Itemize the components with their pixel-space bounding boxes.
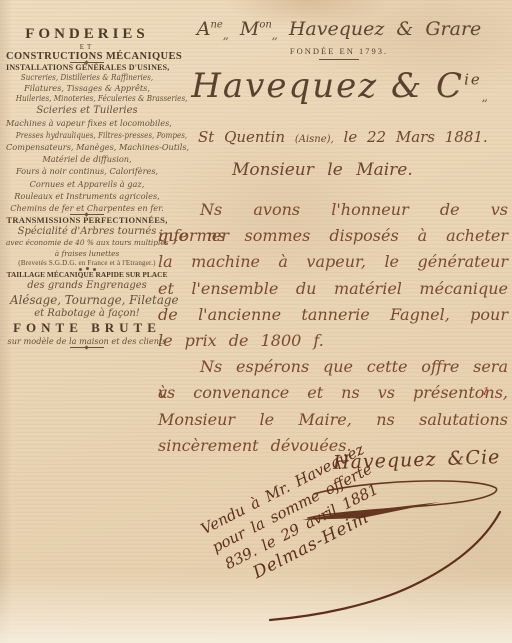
body-line: le prix de 1800 f. <box>158 328 508 354</box>
equipment-line: Matériel de diffusion, <box>6 153 168 165</box>
equipment-line: Cornues et Appareils à gaz, <box>6 178 168 190</box>
fraises-line: à fraises lunettes <box>6 249 168 260</box>
dateline-place: St Quentin <box>198 128 285 146</box>
letterhead-left-column: FONDERIES ET CONSTRUCTIONS MÉCANIQUES IN… <box>6 26 168 348</box>
ancienne-m: M <box>240 18 259 40</box>
fonte-brute-title: FONTE BRUTE <box>6 320 168 336</box>
ancienne-a: A <box>197 18 211 40</box>
ancienne-maison-line: Ane,, Mon,, Havequez & Grare <box>172 18 506 42</box>
divider-rule-icon <box>319 59 359 60</box>
industry-line: Huileries, Minoteries, Féculeries & Bras… <box>16 93 159 104</box>
ancienne-m-sup: on <box>259 20 271 31</box>
taillage-title: TAILLAGE MÉCANIQUE RAPIDE SUR PLACE <box>6 270 168 279</box>
fonderies-title: FONDERIES <box>6 26 168 43</box>
industry-line: Filatures, Tissages & Apprêts, <box>6 83 168 94</box>
company-sup: ie <box>464 71 482 89</box>
salutation: Monsieur le Maire. <box>232 160 413 180</box>
founded-line: FONDÉE EN 1793. <box>172 46 506 56</box>
transmissions-title: TRANSMISSIONS PERFECTIONNÉES, <box>6 215 168 225</box>
body-line: Monsieur le Maire, ns salutations <box>158 407 508 433</box>
letterhead-header: Ane,, Mon,, Havequez & Grare FONDÉE EN 1… <box>172 18 506 106</box>
et-label: ET <box>6 43 168 51</box>
rabotage-line: et Rabotage à façon! <box>6 307 168 320</box>
dateline: St Quentin (Aisne), le 22 Mars 1881. <box>198 128 498 146</box>
abbrev-marks: ,, <box>272 29 277 42</box>
divider-rule-icon <box>70 62 104 63</box>
brevetes-line: (Brevetés S.G.D.G. en France et à l'Etra… <box>6 259 168 267</box>
equipment-line: Rouleaux et Instruments agricoles, <box>6 190 168 202</box>
engrenages-line: des grands Engrenages <box>6 279 168 292</box>
installations-title: INSTALLATIONS GÉNÉRALES D'USINES, <box>6 63 168 72</box>
alesage-line: Alésage, Tournage, Filetage <box>10 292 164 307</box>
equipment-line: Presses hydrauliques, Filtres-presses, P… <box>16 129 159 141</box>
industry-line: Scieries et Tuileries <box>6 104 168 117</box>
ancienne-name: Havequez & Grare <box>289 18 481 40</box>
company-name: Havequez & Cie,, <box>172 66 506 106</box>
equipment-line: Machines à vapeur fixes et locomobiles, <box>6 117 168 129</box>
dateline-date: le 22 Mars 1881. <box>344 128 488 146</box>
equipment-line: Fours à noir continus, Calorifères, <box>6 165 168 177</box>
letter-page: FONDERIES ET CONSTRUCTIONS MÉCANIQUES IN… <box>0 0 512 643</box>
ancienne-a-sup: ne <box>210 20 222 31</box>
letter-body: Ns avons l'honneur de vs informer que ns… <box>158 197 508 459</box>
equipment-line: Compensateurs, Manèges, Machines-Outils, <box>6 141 168 153</box>
body-line: Ns espérons que cette offre sera à <box>158 354 508 380</box>
divider-rule-icon <box>70 347 104 348</box>
specialite-line: Spécialité d'Arbres tournés <box>6 225 168 238</box>
body-line: que ns sommes disposés à acheter <box>158 223 508 249</box>
dateline-department: (Aisne), <box>295 134 334 145</box>
body-line: de l'ancienne tannerie Fagnel, pour <box>158 302 508 328</box>
abbrev-marks: ,, <box>482 91 487 104</box>
company-main: Havequez & C <box>191 66 464 106</box>
body-line: la machine à vapeur, le générateur <box>158 249 508 275</box>
annotation-flourish-icon <box>262 498 510 624</box>
body-line: Ns avons l'honneur de vs informer <box>158 197 508 223</box>
industry-line: Sucreries, Distilleries & Raffineries, <box>16 72 159 83</box>
abbrev-marks: ,, <box>223 29 228 42</box>
economie-line: avec économie de 40 % aux tours multiple… <box>6 238 168 249</box>
divider-rule-icon <box>70 214 104 215</box>
body-line: vs convenance et ns vs présentons, <box>158 380 508 406</box>
body-line: et l'ensemble du matériel mécanique <box>158 276 508 302</box>
